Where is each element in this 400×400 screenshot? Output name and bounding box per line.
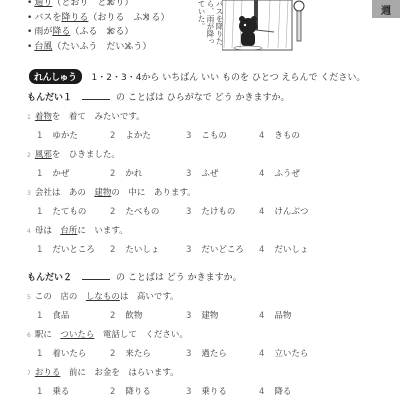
option[interactable]: 3ふぜ — [186, 167, 218, 179]
option[interactable]: 2よかた — [110, 129, 151, 141]
option[interactable]: 1かぜ — [37, 167, 69, 179]
blank-line — [82, 273, 110, 280]
question-6: 6駅に ついたら 電話して ください。 — [27, 328, 188, 340]
practice-instruction: 1・2・3・4から いちばん いい ものを ひとつ えらんで ください。 — [92, 70, 366, 83]
illustration-caption: バスを降りたら、雨が降っていた。 — [200, 0, 224, 52]
option[interactable]: 2たいしょ — [110, 243, 159, 255]
option[interactable]: 1乗る — [37, 385, 69, 397]
option[interactable]: 4だいしょ — [259, 243, 308, 255]
option[interactable]: 3乗りる — [186, 385, 227, 397]
option[interactable]: 4きもの — [259, 129, 300, 141]
mondai2-heading: もんだい２の ことばは どう かきますか。 — [27, 270, 242, 283]
bullet-icon: • — [27, 27, 32, 37]
option[interactable]: 2飲物 — [110, 309, 142, 321]
practice-label: れんしゅう — [29, 69, 82, 84]
bullet-icon: • — [27, 42, 32, 52]
practice-heading: れんしゅう 1・2・3・4から いちばん いい ものを ひとつ えらんで くださ… — [29, 69, 365, 84]
textbook-page: •通り（とおり とおり） •バスを降りる（おりる ふりる） •雨が降る（ふる お… — [0, 0, 400, 400]
option[interactable]: 4立いたら — [259, 347, 308, 359]
bear-in-rain-illustration — [222, 0, 306, 52]
option[interactable]: 1だいところ — [37, 243, 95, 255]
option[interactable]: 1食品 — [37, 309, 69, 321]
option[interactable]: 3だいどころ — [186, 243, 244, 255]
blank-line — [82, 93, 110, 100]
note-item: •台風（たいふう だいふう） — [27, 40, 169, 55]
bullet-icon: • — [27, 0, 32, 8]
option[interactable]: 4けんぶつ — [259, 205, 308, 217]
cross-mark-icon: り — [142, 13, 151, 23]
option[interactable]: 3過たら — [186, 347, 227, 359]
vocab-notes: •通り（とおり とおり） •バスを降りる（おりる ふりる） •雨が降る（ふる お… — [27, 0, 169, 54]
option[interactable]: 4ふうぜ — [259, 167, 300, 179]
option[interactable]: 3建物 — [186, 309, 218, 321]
note-item: •雨が降る（ふる おる） — [27, 25, 169, 40]
cross-mark-icon: お — [106, 0, 115, 8]
option[interactable]: 2降りる — [110, 385, 151, 397]
question-1: 1着物を 着て みたいです。 — [27, 110, 145, 122]
option[interactable]: 2かれ — [110, 167, 142, 179]
option[interactable]: 1たてもの — [37, 205, 86, 217]
option[interactable]: 2来たら — [110, 347, 151, 359]
option[interactable]: 4品物 — [259, 309, 291, 321]
question-3: 3会社は あの 建物の 中に あります。 — [27, 186, 196, 198]
option[interactable]: 3こもの — [186, 129, 227, 141]
option[interactable]: 1着いたら — [37, 347, 86, 359]
option[interactable]: 4降る — [259, 385, 291, 397]
option[interactable]: 1ゆかた — [37, 129, 78, 141]
question-7: 7おりる 前に お金を はらいます。 — [27, 366, 179, 378]
week-tab: 週 — [372, 0, 400, 18]
note-item: •通り（とおり とおり） — [27, 0, 169, 11]
option[interactable]: 2たべもの — [110, 205, 159, 217]
bullet-icon: • — [27, 13, 32, 23]
option[interactable]: 3たけもの — [186, 205, 235, 217]
cross-mark-icon: お — [106, 27, 115, 37]
question-2: 2風邪を ひきました。 — [27, 148, 120, 160]
note-item: •バスを降りる（おりる ふりる） — [27, 11, 169, 26]
cross-mark-icon: ふ — [124, 42, 133, 52]
question-5: 5この 店の しなものは 高いです。 — [27, 290, 179, 302]
question-4: 4母は 台所に います。 — [27, 224, 128, 236]
mondai1-heading: もんだい１の ことばは ひらがなで どう かきますか。 — [27, 90, 289, 103]
